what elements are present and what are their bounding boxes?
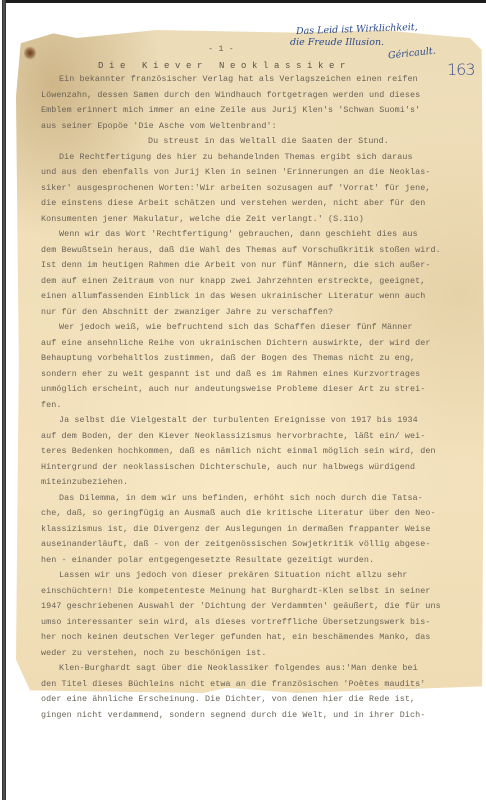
text-line: sondern eher zu weit gespannt ist und da… bbox=[41, 367, 481, 383]
text-line: dem Bewußtsein heraus, daß die Wahl des … bbox=[41, 243, 481, 259]
document-title: Die Kiever Neoklassiker bbox=[98, 61, 351, 71]
text-line: den Titel dieses Büchleins nicht etwa an… bbox=[41, 677, 481, 693]
text-line: Konsumenten jener Makulatur, welche die … bbox=[41, 212, 481, 228]
text-line: Ist denn im heutigen Rahmen die Arbeit v… bbox=[41, 258, 481, 274]
text-line: Ja selbst die Vielgestalt der turbulente… bbox=[41, 413, 481, 429]
text-line: Wer jedoch weiß, wie befruchtend sich da… bbox=[41, 320, 481, 336]
document-body: Ein bekannter französischer Verlag hat a… bbox=[41, 72, 481, 723]
page-number: - 1 - bbox=[208, 44, 234, 54]
text-line: einschüchtern! Die kompetenteste Meinung… bbox=[41, 584, 481, 600]
text-line: 1947 geschriebenen Auswahl der 'Dichtung… bbox=[41, 599, 481, 615]
text-line: die einstens diese Arbeit schätzen und v… bbox=[41, 196, 481, 212]
verse-quote-line: Du streust in das Weltall die Saaten der… bbox=[41, 134, 481, 150]
text-line: aus seiner Epopöe 'Die Asche vom Weltenb… bbox=[41, 119, 481, 135]
text-line: Klen-Burghardt sagt über die Neoklassike… bbox=[41, 661, 481, 677]
text-line: klassizismus ist, die Divergenz der Ausl… bbox=[41, 522, 481, 538]
text-line: fen. bbox=[41, 398, 481, 414]
text-line: gingen nicht verdammend, sondern segnend… bbox=[41, 708, 481, 724]
text-line: Behauptung vorbehaltlos zustimmen, daß d… bbox=[41, 351, 481, 367]
text-line: Die Rechtfertigung des hier zu behandeln… bbox=[41, 150, 481, 166]
text-line: dem auf einen Zeitraum von nur knapp zwe… bbox=[41, 274, 481, 290]
text-line: Hintergrund der neoklassischen Dichtersc… bbox=[41, 460, 481, 476]
text-line: auseinanderläuft, daß - von der zeitgenö… bbox=[41, 537, 481, 553]
handwritten-note-line-2: die Freude Illusion. bbox=[290, 37, 384, 48]
text-line: teres Bedenken hochkommen, daß es nämlic… bbox=[41, 444, 481, 460]
text-line: oder eine ähnliche Erscheinung. Die Dich… bbox=[41, 692, 481, 708]
text-line: Lassen wir uns jedoch von dieser prekäre… bbox=[41, 568, 481, 584]
rust-stain bbox=[24, 46, 36, 60]
text-line: Ein bekannter französischer Verlag hat a… bbox=[41, 72, 481, 88]
text-line: Löwenzahn, dessen Samen durch den Windha… bbox=[41, 88, 481, 104]
text-line: einen allumfassenden Einblick in das Wes… bbox=[41, 289, 481, 305]
text-line: nur für den Abschnitt der zwanziger Jahr… bbox=[41, 305, 481, 321]
text-line: auf eine ansehnliche Reihe von ukrainisc… bbox=[41, 336, 481, 352]
text-line: Wenn wir das Wort 'Rechtfertigung' gebra… bbox=[41, 227, 481, 243]
text-line: auf dem Boden, der den Kiever Neoklassiz… bbox=[41, 429, 481, 445]
text-line: Das Dilemma, in dem wir uns befinden, er… bbox=[41, 491, 481, 507]
text-line: hen - einander polar entgegengesetzte Re… bbox=[41, 553, 481, 569]
scan-frame-top-border bbox=[2, 0, 486, 3]
scan-frame-left-border bbox=[2, 0, 6, 800]
text-line: weder zu verstehen, noch zu beschönigen … bbox=[41, 646, 481, 662]
text-line: umso interessanter sein wird, als dieses… bbox=[41, 615, 481, 631]
text-line: unmöglich erscheint, auch nur andeutungs… bbox=[41, 382, 481, 398]
text-line: her noch keinen deutschen Verleger gefun… bbox=[41, 630, 481, 646]
text-line: und aus den ebenfalls von Jurij Klen in … bbox=[41, 165, 481, 181]
text-line: miteinzubeziehen. bbox=[41, 475, 481, 491]
text-line: siker' ausgesprochenen Worten:'Wir arbei… bbox=[41, 181, 481, 197]
text-line: Emblem erinnert mich immer an eine Zeile… bbox=[41, 103, 481, 119]
text-line: che, daß, so geringfügig an Ausmaß auch … bbox=[41, 506, 481, 522]
